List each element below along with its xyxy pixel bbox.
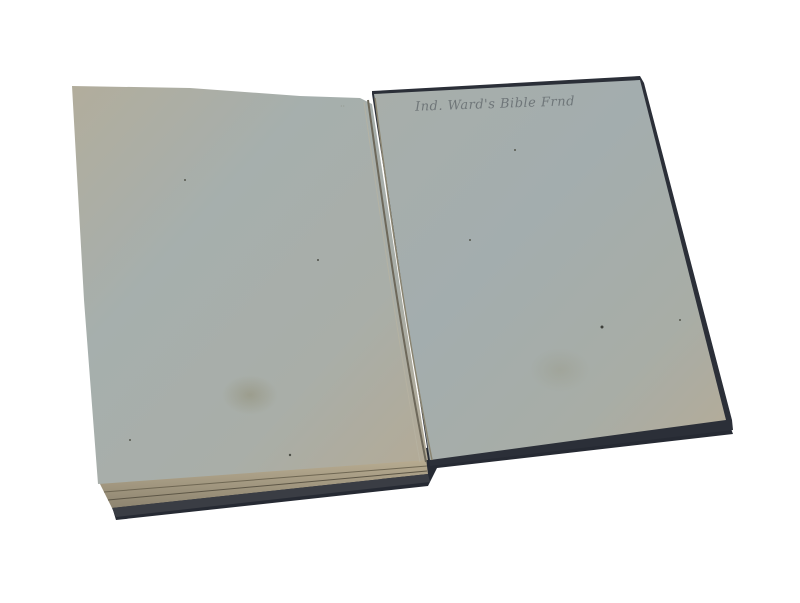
right-page [374, 80, 726, 460]
book-photo [0, 0, 800, 603]
left-page-corner-mark: ·· [340, 102, 345, 111]
